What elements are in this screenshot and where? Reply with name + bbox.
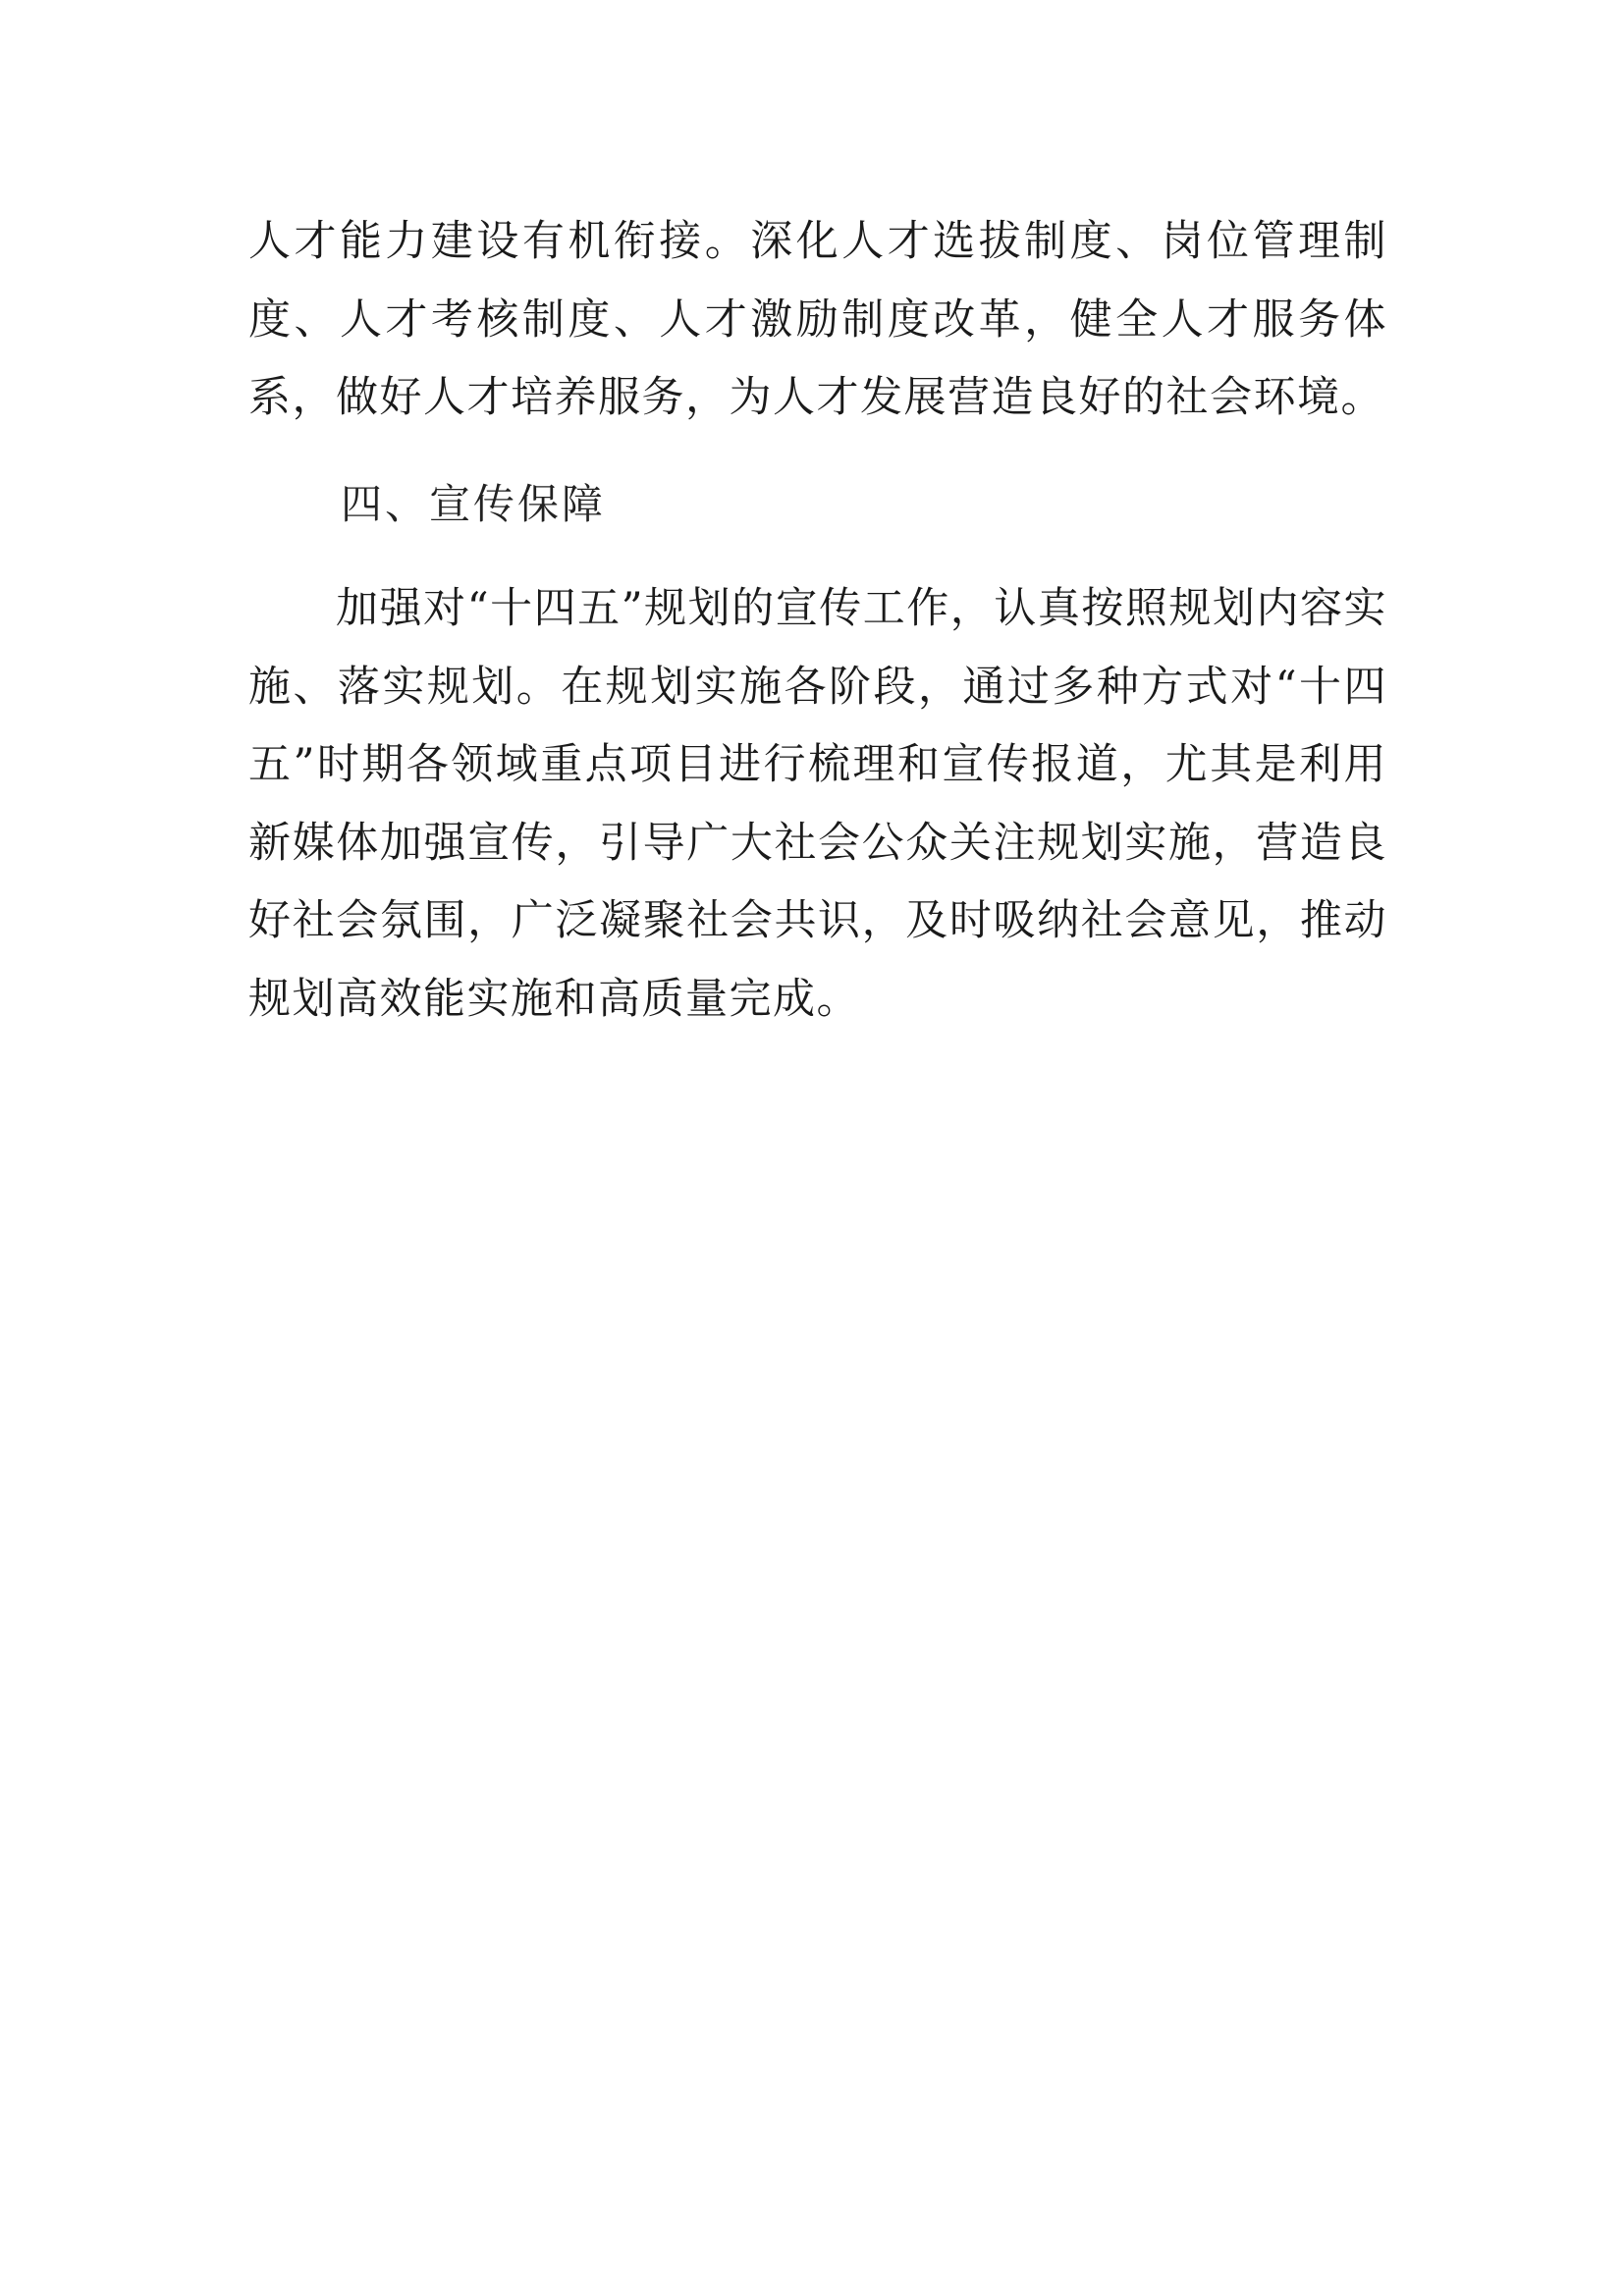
document-page: 人才能力建设有机衔接。深化人才选拔制度、岗位管理制度、人才考核制度、人才激励制度… [248,203,1387,1039]
paragraph-continued: 人才能力建设有机衔接。深化人才选拔制度、岗位管理制度、人才考核制度、人才激励制度… [248,203,1387,438]
section-heading: 四、宣传保障 [248,465,1387,544]
paragraph-publicity: 加强对“十四五”规划的宣传工作，认真按照规划内容实施、落实规划。在规划实施各阶段… [248,570,1387,1039]
